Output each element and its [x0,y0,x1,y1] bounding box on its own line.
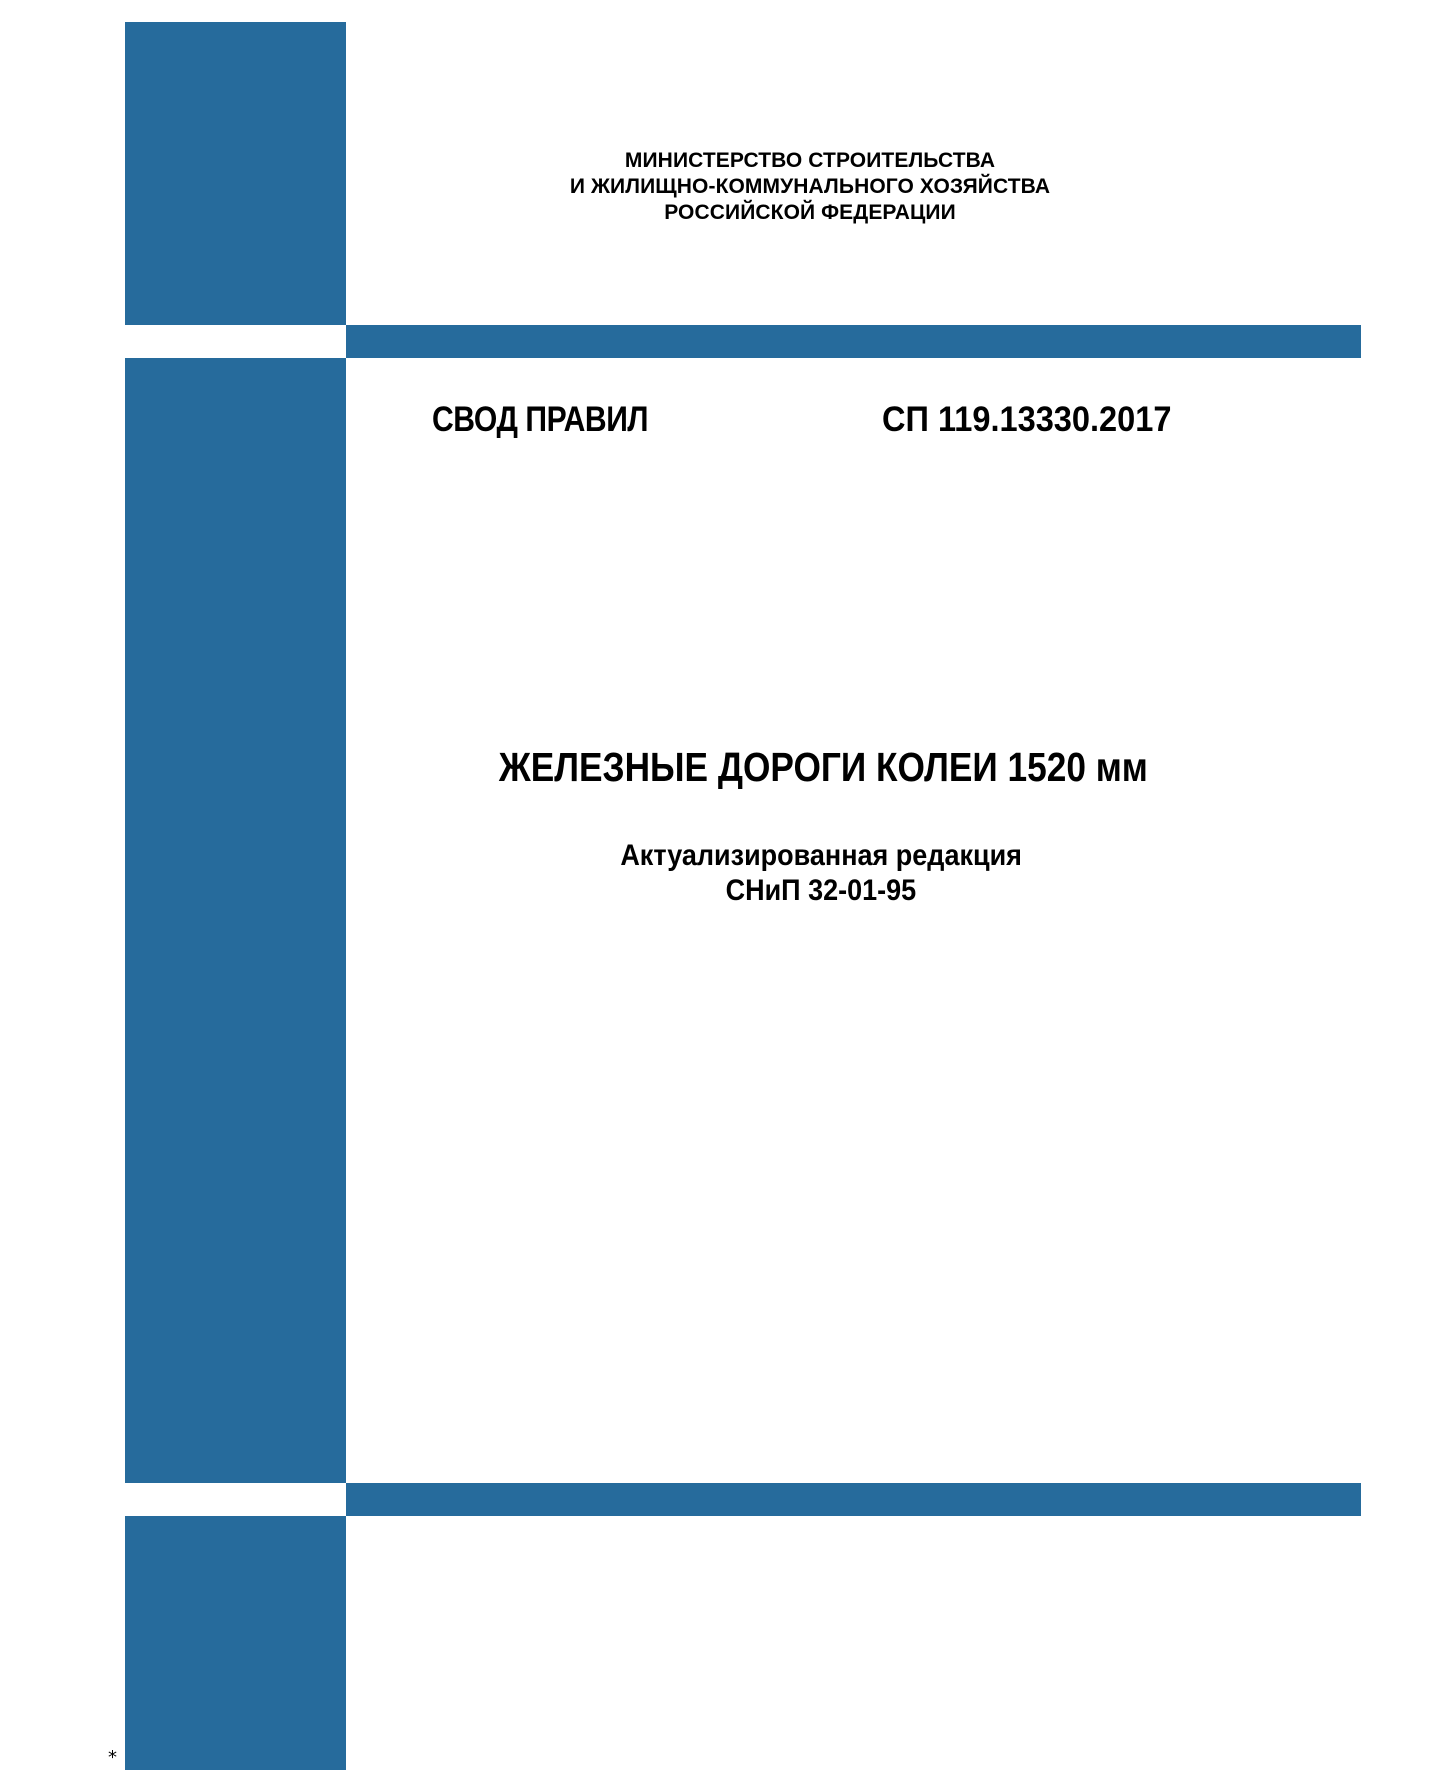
cover-top-horizontal-band [346,325,1361,358]
cover-left-column-top-block [125,22,346,325]
document-subtitle: Актуализированная редакция СНиП 32-01-95 [346,838,1296,908]
cover-left-column-bottom-block [125,1516,346,1770]
ministry-line-2: И ЖИЛИЩНО-КОММУНАЛЬНОГО ХОЗЯЙСТВА [346,174,1274,200]
document-code: СП 119.13330.2017 [882,398,1171,442]
ministry-line-3: РОССИЙСКОЙ ФЕДЕРАЦИИ [346,200,1274,226]
issuing-ministry: МИНИСТЕРСТВО СТРОИТЕЛЬСТВА И ЖИЛИЩНО-КОМ… [346,148,1274,226]
ministry-line-1: МИНИСТЕРСТВО СТРОИТЕЛЬСТВА [346,148,1274,174]
document-title: ЖЕЛЕЗНЫЕ ДОРОГИ КОЛЕИ 1520 мм [346,742,1301,792]
document-title-text: ЖЕЛЕЗНЫЕ ДОРОГИ КОЛЕИ 1520 мм [499,742,1148,792]
revision-note: Актуализированная редакция [620,838,1022,873]
footnote-mark: * [108,1748,117,1768]
document-type: СВОД ПРАВИЛ [432,398,648,442]
cover-left-column-middle-block [125,358,346,1483]
superseded-standard: СНиП 32-01-95 [726,873,917,908]
cover-bottom-horizontal-band [346,1483,1361,1516]
